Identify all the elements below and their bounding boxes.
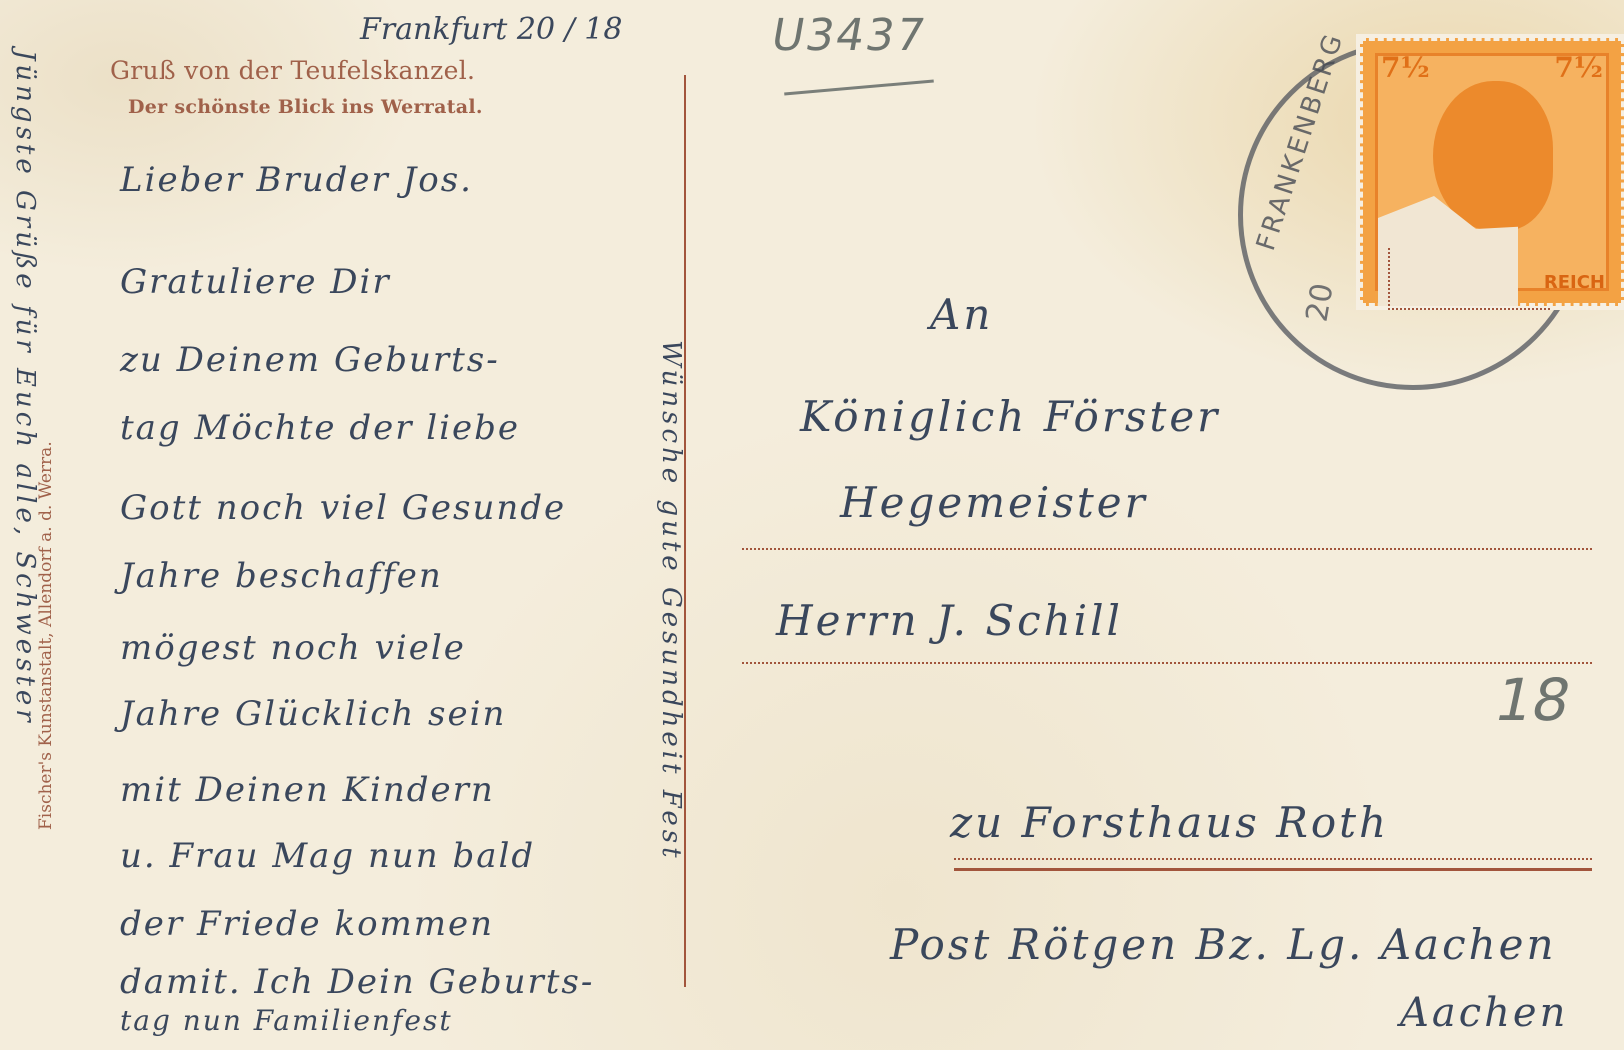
address-dotted-line [742, 662, 1592, 664]
stamp-value-right: 7½ [1554, 51, 1603, 84]
message-line: u. Frau Mag nun bald [120, 836, 535, 876]
address-dotted-line [742, 548, 1592, 550]
address-line: Post Rötgen Bz. Lg. Aachen [890, 920, 1557, 969]
printed-title: Gruß von der Teufelskanzel. [110, 56, 475, 85]
address-line: zu Forsthaus Roth [950, 798, 1389, 847]
message-line: damit. Ich Dein Geburts- [120, 962, 594, 1002]
address-line: An [930, 290, 993, 339]
germania-portrait-icon [1433, 81, 1553, 231]
pencil-note: 18 [1489, 666, 1577, 734]
stamp-country: REICH [1544, 272, 1605, 293]
archive-number: U3437 [768, 10, 931, 61]
message-line: Gott noch viel Gesunde [120, 488, 566, 528]
address-line: Hegemeister [840, 478, 1148, 527]
address-underline [954, 868, 1592, 871]
message-line: Lieber Bruder Jos. [120, 160, 473, 200]
message-line: Jahre Glücklich sein [120, 694, 506, 734]
archive-underline [784, 79, 934, 95]
address-line: Herrn J. Schill [776, 596, 1123, 645]
stamp-value-left: 7½ [1381, 51, 1430, 84]
printed-subtitle: Der schönste Blick ins Werratal. [128, 96, 483, 118]
postmark-place: FRANKENBERG [1251, 29, 1350, 255]
message-line: Gratuliere Dir [120, 262, 391, 302]
message-line: zu Deinem Geburts- [120, 340, 500, 380]
postmark-date: 20 [1300, 281, 1341, 325]
address-dotted-line [954, 858, 1592, 860]
message-line: der Friede kommen [120, 904, 494, 944]
stamp-placement-box [1388, 248, 1550, 310]
postcard: Gruß von der Teufelskanzel. Der schönste… [0, 0, 1624, 1050]
address-line: Königlich Förster [800, 392, 1220, 441]
right-margin-note: Wünsche gute Gesundheit Fest [656, 340, 686, 862]
handwritten-date: Frankfurt 20 / 18 [360, 12, 622, 47]
left-margin-note: Jüngste Grüße für Euch alle, Schwester [10, 50, 40, 726]
address-line: Aachen [1400, 990, 1568, 1036]
message-line: mögest noch viele [120, 628, 466, 668]
message-line: mit Deinen Kindern [120, 770, 495, 810]
message-line: tag Möchte der liebe [120, 408, 520, 448]
message-line: tag nun Familienfest [120, 1004, 453, 1037]
message-line: Jahre beschaffen [120, 556, 443, 596]
